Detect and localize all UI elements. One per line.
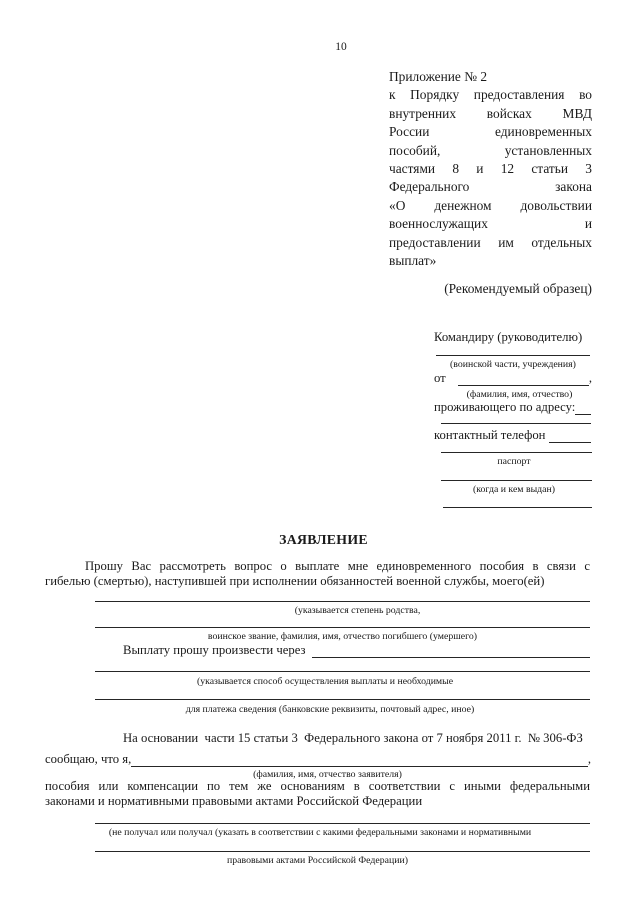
address-blank-line-2 xyxy=(441,423,591,424)
deceased-blank-line xyxy=(95,627,590,628)
appendix-line: пособий, установленных xyxy=(389,142,592,160)
method-blank-line-1 xyxy=(95,671,590,672)
inform-field-row: сообщаю, что я, , xyxy=(45,752,591,767)
legal-basis-line: На основании части 15 статьи 3 Федеральн… xyxy=(45,731,590,746)
name-caption: (фамилия, имя, отчество) xyxy=(447,389,592,400)
addressee-bottom-blank-line xyxy=(443,507,592,508)
method-caption-2: для платежа сведения (банковские реквизи… xyxy=(100,704,560,715)
applicant-blank-line xyxy=(131,766,588,767)
address-field-row: проживающего по адресу: xyxy=(434,400,591,415)
address-label: проживающего по адресу: xyxy=(434,400,575,415)
document-page: 10 Приложение № 2 к Порядку предоставлен… xyxy=(0,0,640,905)
issued-blank-line xyxy=(441,480,592,481)
from-label: от xyxy=(434,371,446,386)
phone-label: контактный телефон xyxy=(434,428,545,443)
phone-blank-line xyxy=(549,442,591,443)
appendix-line: предоставлении им отдельных xyxy=(389,234,592,252)
recommended-sample-note: (Рекомендуемый образец) xyxy=(389,281,592,297)
inform-suffix: , xyxy=(588,752,591,767)
appendix-line: частями 8 и 12 статьи 3 xyxy=(389,160,592,178)
addressee-to-line: Командиру (руководителю) xyxy=(434,330,592,345)
payment-label: Выплату прошу произвести через xyxy=(123,643,306,658)
statement-paragraph-1: Прошу Вас рассмотреть вопрос о выплате м… xyxy=(45,559,590,589)
appendix-line: к Порядку предоставления во xyxy=(389,86,592,104)
paragraph-line: гибелью (смертью), наступившей при испол… xyxy=(45,574,590,589)
paragraph-line: законами и нормативными правовыми актами… xyxy=(45,794,590,809)
unit-caption: (воинской части, учреждения) xyxy=(434,359,592,370)
page-number: 10 xyxy=(329,41,353,53)
from-field-row: от , xyxy=(434,371,592,386)
appendix-block: Приложение № 2 к Порядку предоставления … xyxy=(389,68,592,270)
from-blank-line xyxy=(458,385,589,386)
paragraph-line: Прошу Вас рассмотреть вопрос о выплате м… xyxy=(45,559,590,574)
unit-blank-line xyxy=(436,355,590,356)
passport-blank-line xyxy=(441,452,592,453)
paragraph-line: пособия или компенсации по тем же основа… xyxy=(45,779,590,794)
address-blank-line xyxy=(575,414,591,415)
received-blank-line-1 xyxy=(95,823,590,824)
statement-paragraph-2: пособия или компенсации по тем же основа… xyxy=(45,779,590,809)
received-blank-line-2 xyxy=(95,851,590,852)
passport-caption: паспорт xyxy=(434,456,594,467)
appendix-line: внутренних войсках МВД xyxy=(389,105,592,123)
received-caption-2: правовыми актами Российской Федерации) xyxy=(45,855,590,866)
from-suffix: , xyxy=(589,371,592,386)
appendix-line: военнослужащих и xyxy=(389,215,592,233)
method-caption-1: (указывается способ осуществления выплат… xyxy=(100,676,550,687)
deceased-caption: воинское звание, фамилия, имя, отчество … xyxy=(150,631,535,642)
payment-blank-line xyxy=(312,657,590,658)
appendix-line: Федерального закона xyxy=(389,178,592,196)
phone-field-row: контактный телефон xyxy=(434,428,591,443)
payment-field-row: Выплату прошу произвести через xyxy=(45,643,590,658)
method-blank-line-2 xyxy=(95,699,590,700)
statement-title: ЗАЯВЛЕНИЕ xyxy=(45,532,602,548)
issued-caption: (когда и кем выдан) xyxy=(434,484,594,495)
kinship-caption: (указывается степень родства, xyxy=(200,605,515,616)
appendix-line: выплат» xyxy=(389,252,592,270)
received-caption-1: (не получал или получал (указать в соотв… xyxy=(50,827,590,838)
inform-label: сообщаю, что я, xyxy=(45,752,131,767)
appendix-line: Приложение № 2 xyxy=(389,68,592,86)
appendix-line: «О денежном довольствии xyxy=(389,197,592,215)
appendix-line: России единовременных xyxy=(389,123,592,141)
kinship-blank-line xyxy=(95,601,590,602)
